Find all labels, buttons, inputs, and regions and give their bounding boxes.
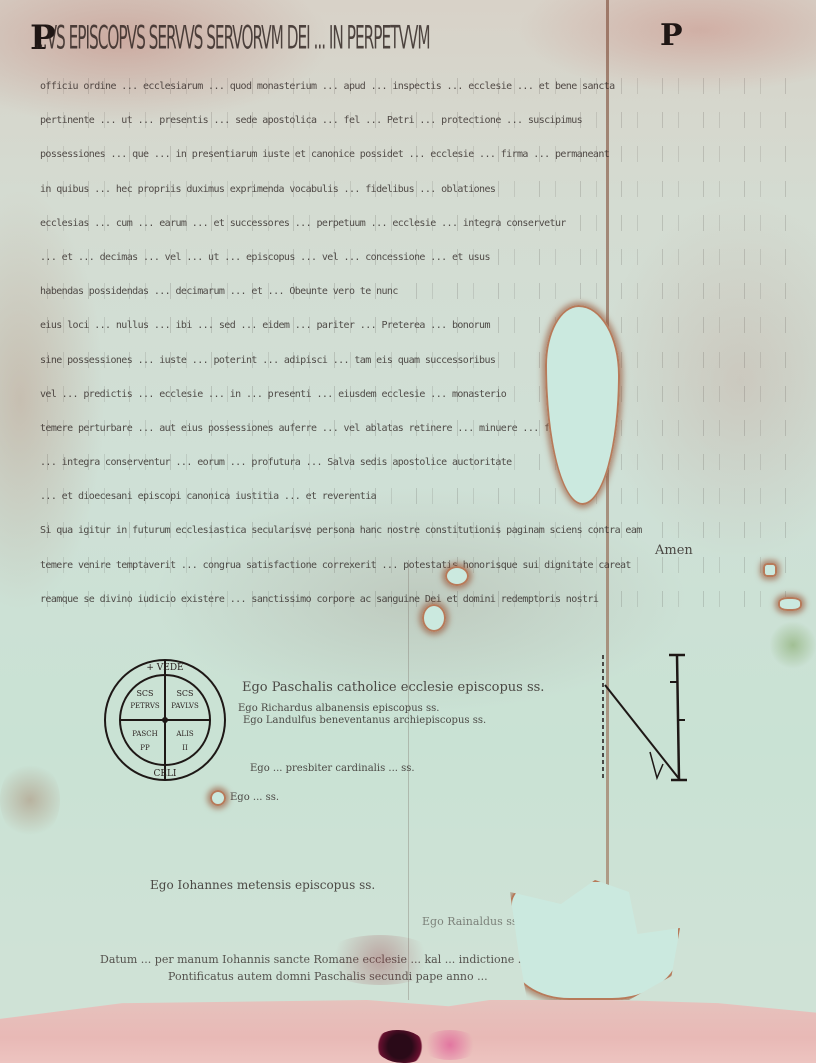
svg-text:SCS: SCS	[176, 689, 193, 698]
water-stain	[0, 760, 60, 840]
svg-text:PAVLVS: PAVLVS	[171, 702, 199, 710]
amen-mark: Amen	[655, 543, 693, 558]
vertical-fold-crease-faint	[408, 560, 409, 1000]
mold-stain	[770, 620, 816, 670]
svg-text:CELI: CELI	[154, 769, 177, 779]
parchment-hole	[445, 566, 469, 586]
subscription: Ego ... ss.	[230, 792, 279, 803]
text-line: possessiones ... que ... in presentiarum…	[40, 138, 800, 172]
svg-text:PASCH: PASCH	[132, 730, 157, 738]
svg-text:PETRVS: PETRVS	[130, 702, 160, 710]
subscription: Ego Landulfus beneventanus archiepiscopu…	[243, 715, 486, 726]
subscription: Ego Rainaldus ss.	[422, 915, 521, 928]
subscription: Ego ... presbiter cardinalis ... ss.	[250, 763, 415, 774]
pink-stain	[420, 1030, 480, 1060]
subscription: Ego Iohannes metensis episcopus ss.	[150, 878, 375, 892]
svg-text:II: II	[182, 744, 188, 752]
charter-body-text: officiu ordine ... ecclesiarum ... quod …	[40, 70, 800, 617]
svg-text:SCS: SCS	[136, 689, 153, 698]
ink-stain	[320, 935, 440, 985]
charter-parchment: P ...VS EPISCOPVS SERVVS SERVORVM DEI ..…	[0, 0, 816, 1063]
svg-text:+ VEDE: + VEDE	[146, 663, 183, 673]
text-line: ... integra conserventur ... eorum ... p…	[40, 446, 800, 480]
text-line: ecclesias ... cum ... earum ... et succe…	[40, 207, 800, 241]
parchment-hole	[763, 563, 777, 577]
text-line: eius loci ... nullus ... ibi ... sed ...…	[40, 309, 800, 343]
svg-text:ALIS: ALIS	[175, 730, 193, 738]
subscription: Ego Richardus albanensis episcopus ss.	[238, 703, 439, 714]
parchment-hole	[210, 790, 226, 806]
text-line: temere perturbare ... aut eius possessio…	[40, 412, 800, 446]
text-line: ... et ... decimas ... vel ... ut ... ep…	[40, 241, 800, 275]
datum-line: Datum ... per manum Iohannis sancte Roma…	[100, 953, 528, 966]
text-line: reamque se divino iudicio existere ... s…	[40, 583, 800, 617]
header-initial-perpetuum: P	[660, 18, 683, 53]
rota-seal-icon: SCS PETRVS SCS PAVLVS PASCH PP ALIS II +…	[101, 656, 229, 784]
bene-valete-monogram-icon	[595, 640, 690, 795]
text-line: habendas possidendas ... decimarum ... e…	[40, 275, 800, 309]
parchment-hole	[422, 604, 446, 632]
text-line: pertinente ... ut ... presentis ... sede…	[40, 104, 800, 138]
parchment-hole	[510, 880, 680, 1000]
text-line: officiu ordine ... ecclesiarum ... quod …	[40, 70, 800, 104]
text-line: ... et dioecesani episcopi canonica iust…	[40, 480, 800, 514]
svg-text:PP: PP	[140, 744, 150, 752]
text-line: vel ... predictis ... ecclesie ... in ..…	[40, 378, 800, 412]
text-line: in quibus ... hec propriis duximus expri…	[40, 173, 800, 207]
subscription-pope: Ego Paschalis catholice ecclesie episcop…	[242, 680, 544, 695]
text-line: sine possessiones ... iuste ... poterint…	[40, 344, 800, 378]
parchment-hole	[778, 597, 802, 611]
